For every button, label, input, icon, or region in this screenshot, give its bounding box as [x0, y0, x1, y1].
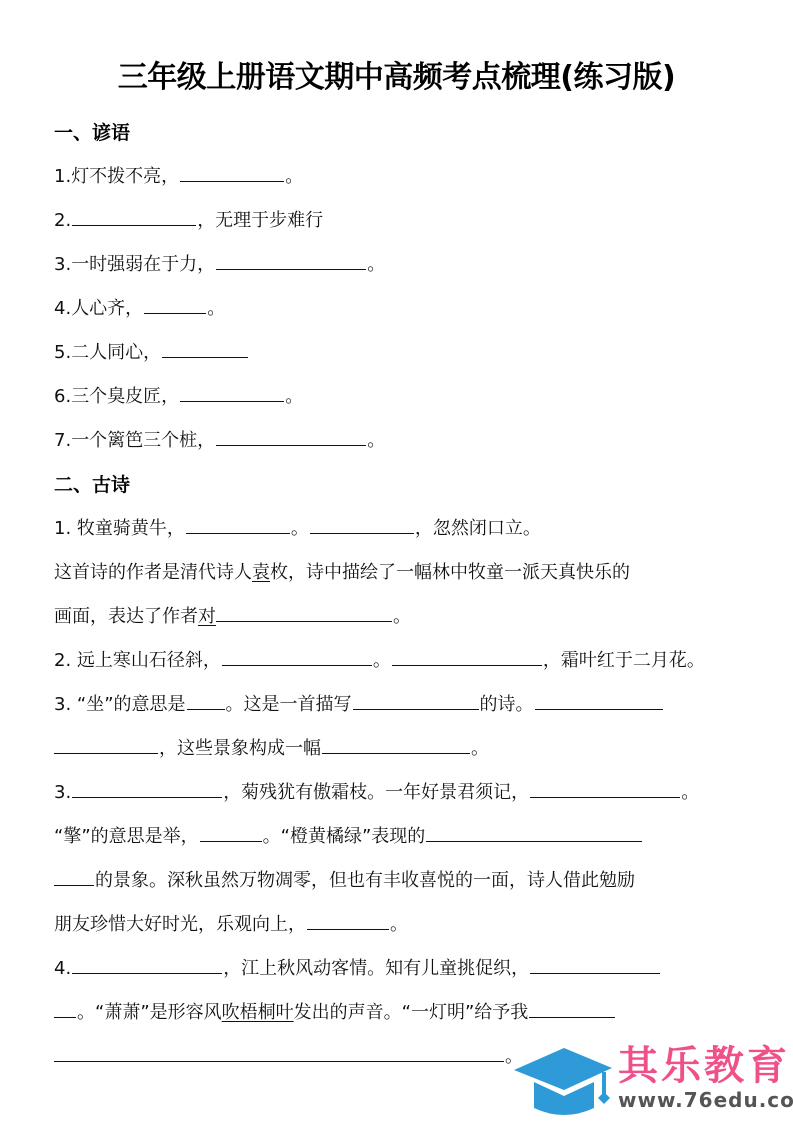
- answer-blank[interactable]: [162, 339, 248, 358]
- item-text: 发出的声音。“一灯明”给予我: [294, 1002, 529, 1023]
- proverb-item-4: 4.人心齐，。: [54, 294, 225, 320]
- item-number: 7.: [54, 430, 71, 451]
- proverb-item-7: 7.一个篱笆三个桩，。: [54, 426, 385, 452]
- item-text: “擎”的意思是举，: [54, 826, 199, 847]
- poem-q4-line2: 。“萧萧”是形容风吹梧桐叶发出的声音。“一灯明”给予我: [54, 998, 616, 1024]
- answer-blank[interactable]: [180, 383, 284, 402]
- answer-blank[interactable]: [144, 295, 206, 314]
- item-text: 。“萧萧”是形容风: [77, 1002, 222, 1023]
- item-number: 5.: [54, 342, 71, 363]
- poem-q1-line3: 画面，表达了作者对。: [54, 602, 411, 628]
- item-number: 1.: [54, 166, 71, 187]
- poem-q3b-line3: 的景象。深秋虽然万物凋零，但也有丰收喜悦的一面，诗人借此勉励: [54, 866, 635, 892]
- answer-blank[interactable]: [216, 603, 392, 622]
- answer-blank[interactable]: [216, 427, 366, 446]
- proverb-item-3: 3.一时强弱在于力，。: [54, 250, 385, 276]
- answer-blank[interactable]: [54, 999, 76, 1018]
- item-text: 4.: [54, 958, 71, 979]
- item-text: 画面，表达了作者: [54, 606, 198, 627]
- item-text: 2. 远上寒山石径斜，: [54, 650, 221, 671]
- item-text: 三个臭皮匠，: [71, 386, 179, 407]
- answer-blank[interactable]: [186, 515, 290, 534]
- item-text: 。: [393, 606, 411, 627]
- item-text: 灯不拨不亮，: [71, 166, 179, 187]
- poem-q3b-line1: 3.，菊残犹有傲霜枝。一年好景君须记，。: [54, 778, 699, 804]
- graduation-cap-icon: [512, 1042, 616, 1118]
- item-text: 人心齐，: [71, 298, 143, 319]
- item-text: ，这些景象构成一幅: [159, 738, 321, 759]
- item-text: ，菊残犹有傲霜枝。一年好景君须记，: [223, 782, 529, 803]
- poem-q3a-line2: ，这些景象构成一幅。: [54, 734, 489, 760]
- proverb-item-2: 2.，无理于步难行: [54, 206, 323, 232]
- item-text: 。这是一首描写: [226, 694, 352, 715]
- item-text: ，忽然闭口立。: [415, 518, 541, 539]
- answer-blank[interactable]: [310, 515, 414, 534]
- section-heading-poems: 二、古诗: [54, 470, 130, 497]
- underlined-text: 吹梧桐叶: [222, 1002, 294, 1023]
- item-text: 。: [373, 650, 391, 671]
- item-text: 枚，诗中描绘了一幅林中牧童一派天真快乐的: [270, 562, 630, 583]
- item-text: 。: [285, 166, 303, 187]
- answer-blank[interactable]: [307, 911, 389, 930]
- item-number: 4.: [54, 298, 71, 319]
- poem-q3b-line2: “擎”的意思是举，。“橙黄橘绿”表现的: [54, 822, 643, 848]
- poem-q3b-line4: 朋友珍惜大好时光，乐观向上，。: [54, 910, 408, 936]
- answer-blank[interactable]: [72, 955, 222, 974]
- underlined-text: 袁: [252, 562, 270, 583]
- item-text: 。“橙黄橘绿”表现的: [263, 826, 426, 847]
- item-text: 。: [207, 298, 225, 319]
- item-text: 。: [285, 386, 303, 407]
- answer-blank[interactable]: [187, 691, 225, 710]
- answer-blank[interactable]: [216, 251, 366, 270]
- item-text: ，霜叶红于二月花。: [543, 650, 705, 671]
- watermark-logo: 其乐教育 www.76edu.com: [512, 1042, 792, 1122]
- answer-blank[interactable]: [322, 735, 470, 754]
- proverb-item-5: 5.二人同心，: [54, 338, 249, 364]
- item-number: 6.: [54, 386, 71, 407]
- item-text: 。: [291, 518, 309, 539]
- answer-blank[interactable]: [530, 779, 680, 798]
- item-text: 的诗。: [480, 694, 534, 715]
- item-text: 。: [471, 738, 489, 759]
- poem-q4-line1: 4.，江上秋风动客情。知有儿童挑促织，: [54, 954, 661, 980]
- brand-name: 其乐教育: [618, 1034, 790, 1091]
- item-text: ，无理于步难行: [197, 210, 323, 231]
- item-text: ，江上秋风动客情。知有儿童挑促织，: [223, 958, 529, 979]
- answer-blank[interactable]: [535, 691, 663, 710]
- brand-url: www.76edu.com: [618, 1088, 793, 1112]
- answer-blank[interactable]: [54, 1043, 504, 1062]
- item-text: 的景象。深秋虽然万物凋零，但也有丰收喜悦的一面，诗人借此勉励: [95, 870, 635, 891]
- answer-blank[interactable]: [426, 823, 642, 842]
- item-text: 3. “坐”的意思是: [54, 694, 186, 715]
- poem-q4-line3: 。: [54, 1042, 523, 1068]
- item-text: 一时强弱在于力，: [71, 254, 215, 275]
- answer-blank[interactable]: [180, 163, 284, 182]
- item-text: 3.: [54, 782, 71, 803]
- item-number: 2.: [54, 210, 71, 231]
- proverb-item-1: 1.灯不拨不亮，。: [54, 162, 303, 188]
- underlined-text: 对: [198, 606, 216, 627]
- page-title: 三年级上册语文期中高频考点梳理(练习版): [0, 52, 793, 96]
- item-text: 一个篱笆三个桩，: [71, 430, 215, 451]
- section-heading-proverbs: 一、谚语: [54, 118, 130, 145]
- answer-blank[interactable]: [72, 779, 222, 798]
- answer-blank[interactable]: [529, 999, 615, 1018]
- item-text: 。: [390, 914, 408, 935]
- item-text: 朋友珍惜大好时光，乐观向上，: [54, 914, 306, 935]
- answer-blank[interactable]: [54, 867, 94, 886]
- answer-blank[interactable]: [200, 823, 262, 842]
- poem-q1-line1: 1. 牧童骑黄牛，。，忽然闭口立。: [54, 514, 541, 540]
- item-text: 。: [367, 430, 385, 451]
- item-text: 1. 牧童骑黄牛，: [54, 518, 185, 539]
- item-number: 3.: [54, 254, 71, 275]
- item-text: 。: [681, 782, 699, 803]
- answer-blank[interactable]: [222, 647, 372, 666]
- answer-blank[interactable]: [54, 735, 158, 754]
- item-text: 。: [367, 254, 385, 275]
- proverb-item-6: 6.三个臭皮匠，。: [54, 382, 303, 408]
- answer-blank[interactable]: [353, 691, 479, 710]
- item-text: 二人同心，: [71, 342, 161, 363]
- poem-q3a-line1: 3. “坐”的意思是。这是一首描写的诗。: [54, 690, 664, 716]
- answer-blank[interactable]: [72, 207, 196, 226]
- answer-blank[interactable]: [530, 955, 660, 974]
- item-text: 这首诗的作者是清代诗人: [54, 562, 252, 583]
- poem-q1-line2: 这首诗的作者是清代诗人袁枚，诗中描绘了一幅林中牧童一派天真快乐的: [54, 558, 630, 584]
- answer-blank[interactable]: [392, 647, 542, 666]
- poem-q2-line1: 2. 远上寒山石径斜，。，霜叶红于二月花。: [54, 646, 705, 672]
